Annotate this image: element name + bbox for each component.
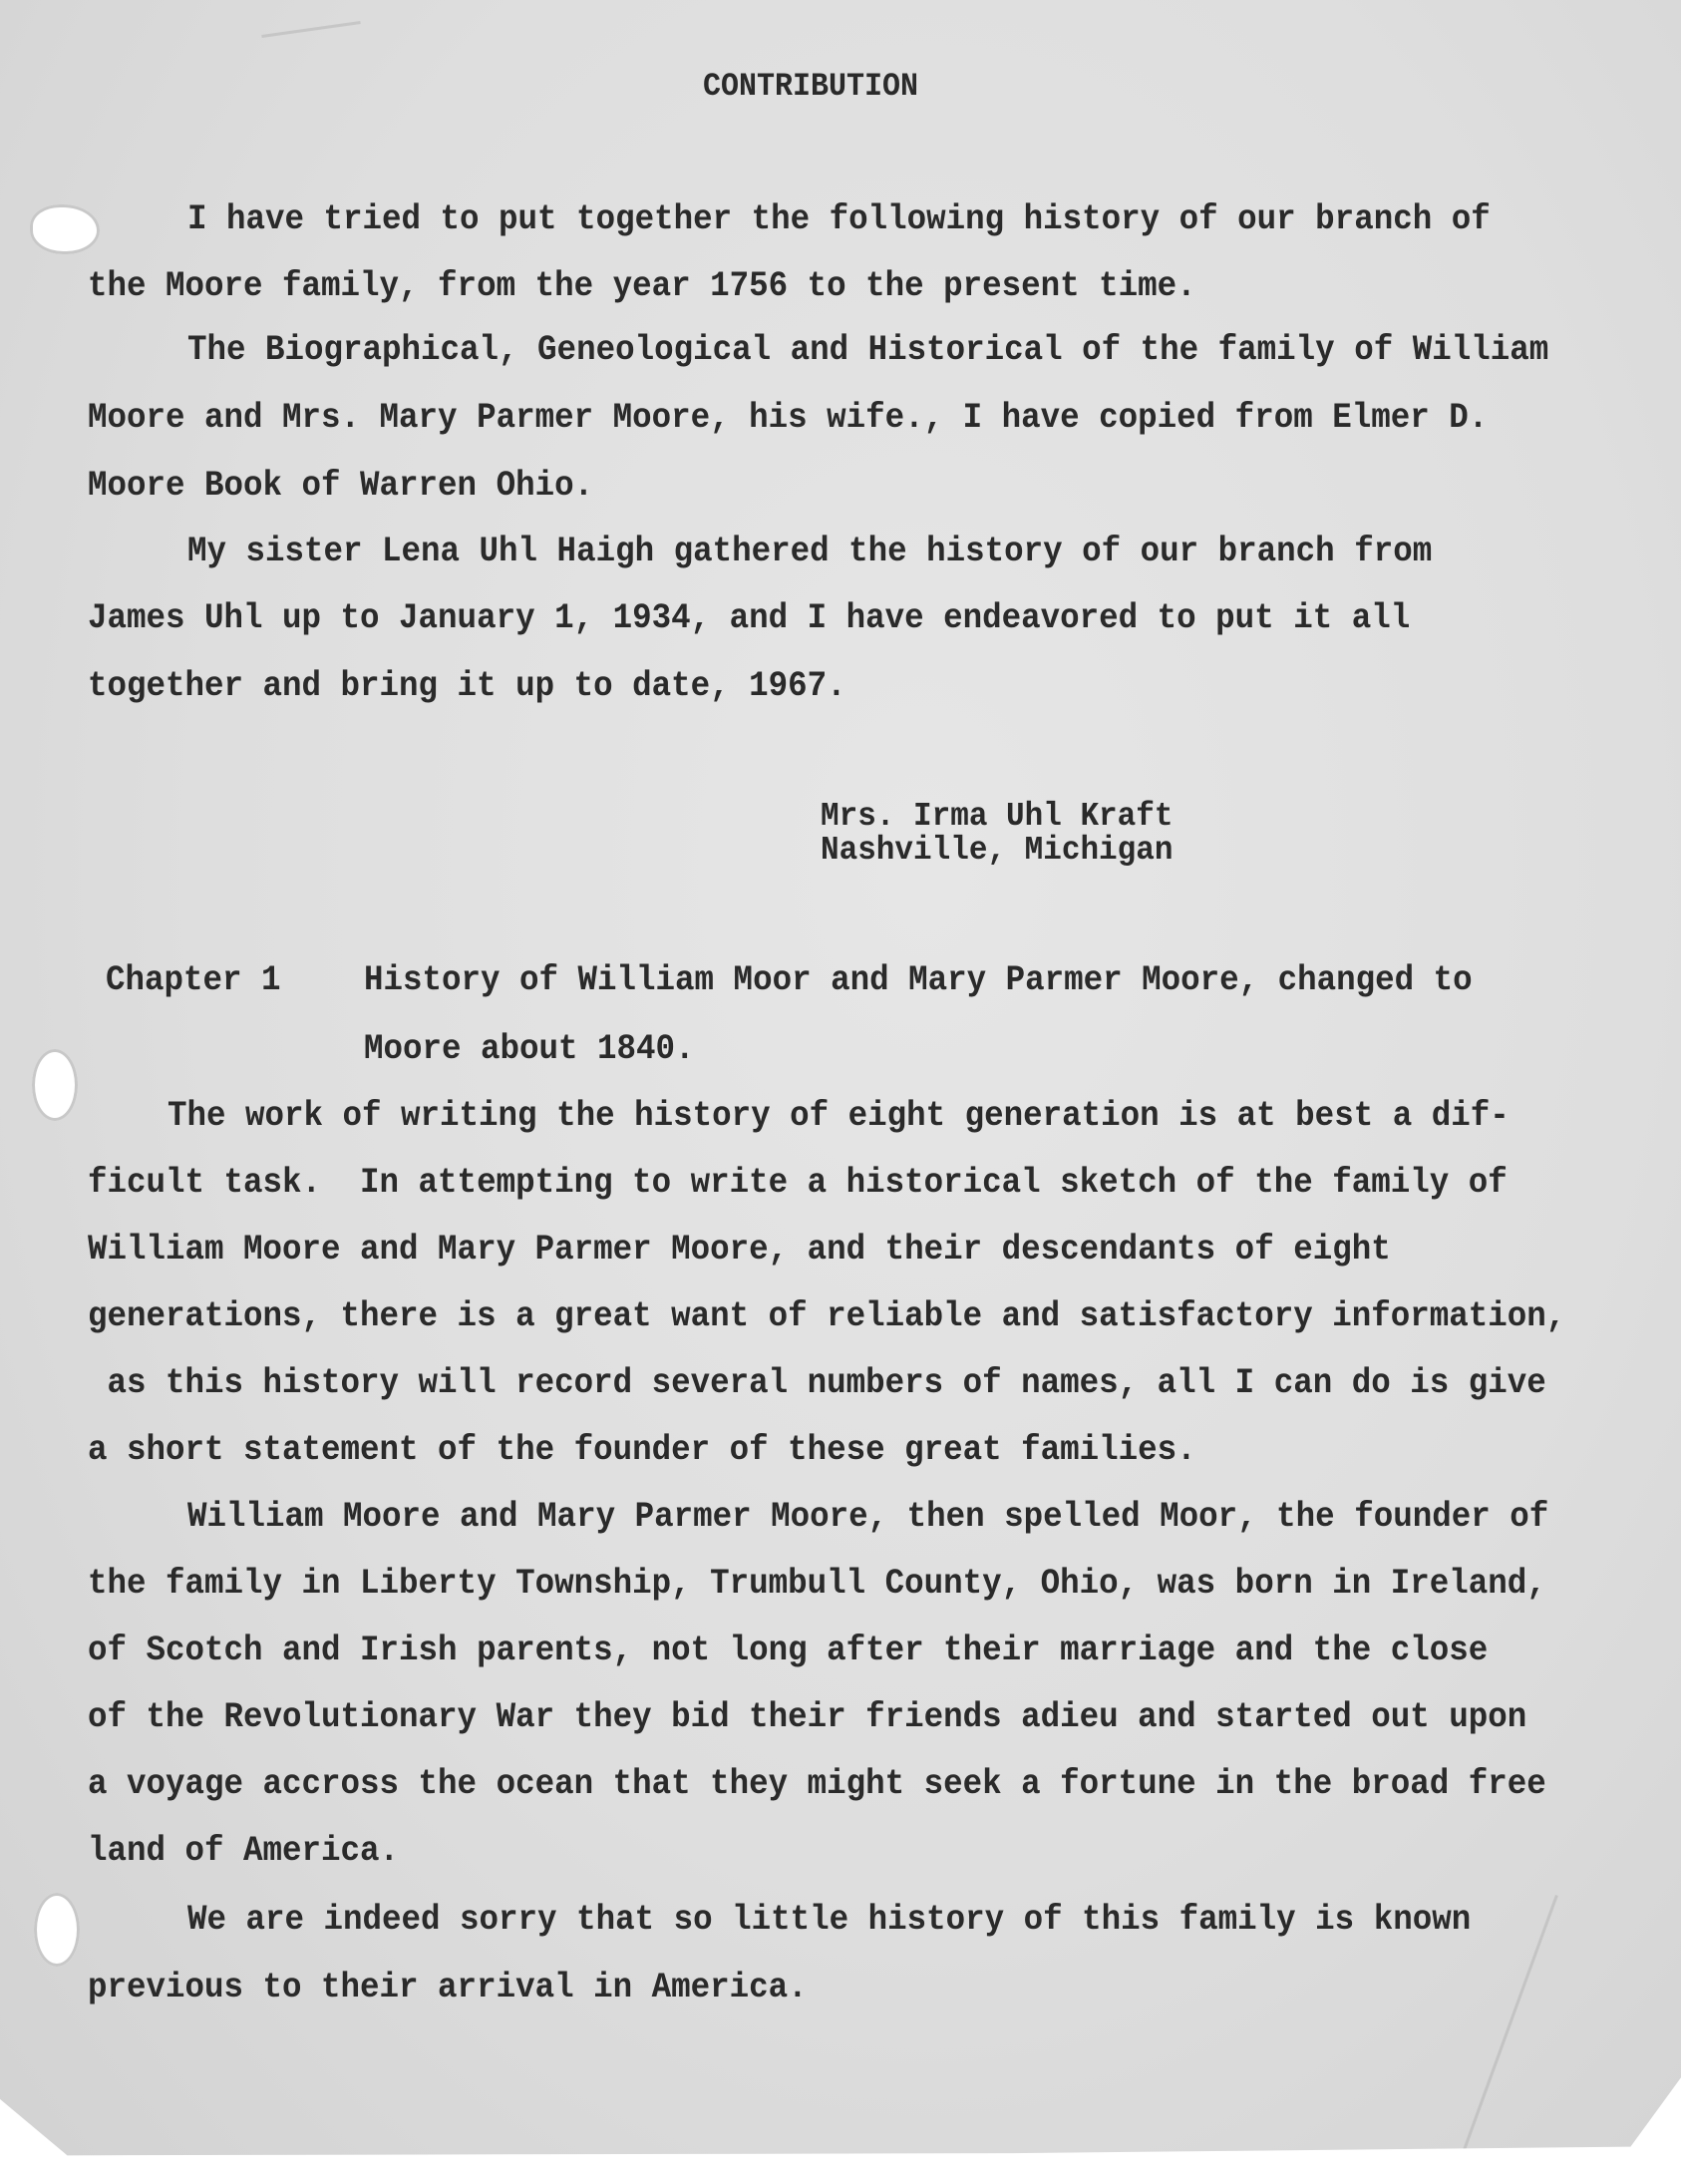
- chapter-heading-line-1: History of William Moor and Mary Parmer …: [364, 961, 1473, 1000]
- intro-line-6: My sister Lena Uhl Haigh gathered the hi…: [187, 533, 1432, 571]
- document-title: CONTRIBUTION: [703, 68, 918, 107]
- body-line-8: the family in Liberty Township, Trumbull…: [88, 1565, 1546, 1604]
- body-line-4: generations, there is a great want of re…: [88, 1297, 1565, 1336]
- intro-line-1: I have tried to put together the followi…: [187, 200, 1491, 239]
- body-line-5: as this history will record several numb…: [88, 1364, 1546, 1403]
- body-line-13: We are indeed sorry that so little histo…: [187, 1901, 1471, 1940]
- chapter-label: Chapter 1: [106, 961, 281, 1000]
- body-line-9: of Scotch and Irish parents, not long af…: [88, 1632, 1488, 1670]
- body-line-12: land of America.: [88, 1832, 399, 1871]
- pencil-mark: [261, 21, 360, 38]
- body-line-3: William Moore and Mary Parmer Moore, and…: [88, 1231, 1391, 1270]
- body-line-2: ficult task. In attempting to write a hi…: [88, 1164, 1508, 1203]
- typewritten-page: CONTRIBUTION I have tried to put togethe…: [0, 0, 1681, 2164]
- chapter-heading-line-2: Moore about 1840.: [364, 1030, 695, 1069]
- intro-line-8: together and bring it up to date, 1967.: [88, 667, 846, 706]
- signature-location: Nashville, Michigan: [821, 832, 1173, 871]
- body-line-6: a short statement of the founder of thes…: [88, 1431, 1196, 1470]
- intro-line-7: James Uhl up to January 1, 1934, and I h…: [88, 599, 1410, 638]
- body-line-10: of the Revolutionary War they bid their …: [88, 1698, 1526, 1737]
- intro-line-3: The Biographical, Geneological and Histo…: [187, 331, 1548, 370]
- punch-hole-middle: [32, 1049, 78, 1121]
- body-line-1: The work of writing the history of eight…: [168, 1097, 1510, 1136]
- intro-line-5: Moore Book of Warren Ohio.: [88, 467, 593, 506]
- body-line-11: a voyage accross the ocean that they mig…: [88, 1765, 1546, 1804]
- body-line-7: William Moore and Mary Parmer Moore, the…: [187, 1498, 1548, 1537]
- punch-hole-bottom: [34, 1893, 80, 1967]
- body-line-14: previous to their arrival in America.: [88, 1969, 808, 2007]
- intro-line-2: the Moore family, from the year 1756 to …: [88, 267, 1196, 306]
- intro-line-4: Moore and Mrs. Mary Parmer Moore, his wi…: [88, 399, 1488, 438]
- punch-hole-top: [30, 204, 100, 254]
